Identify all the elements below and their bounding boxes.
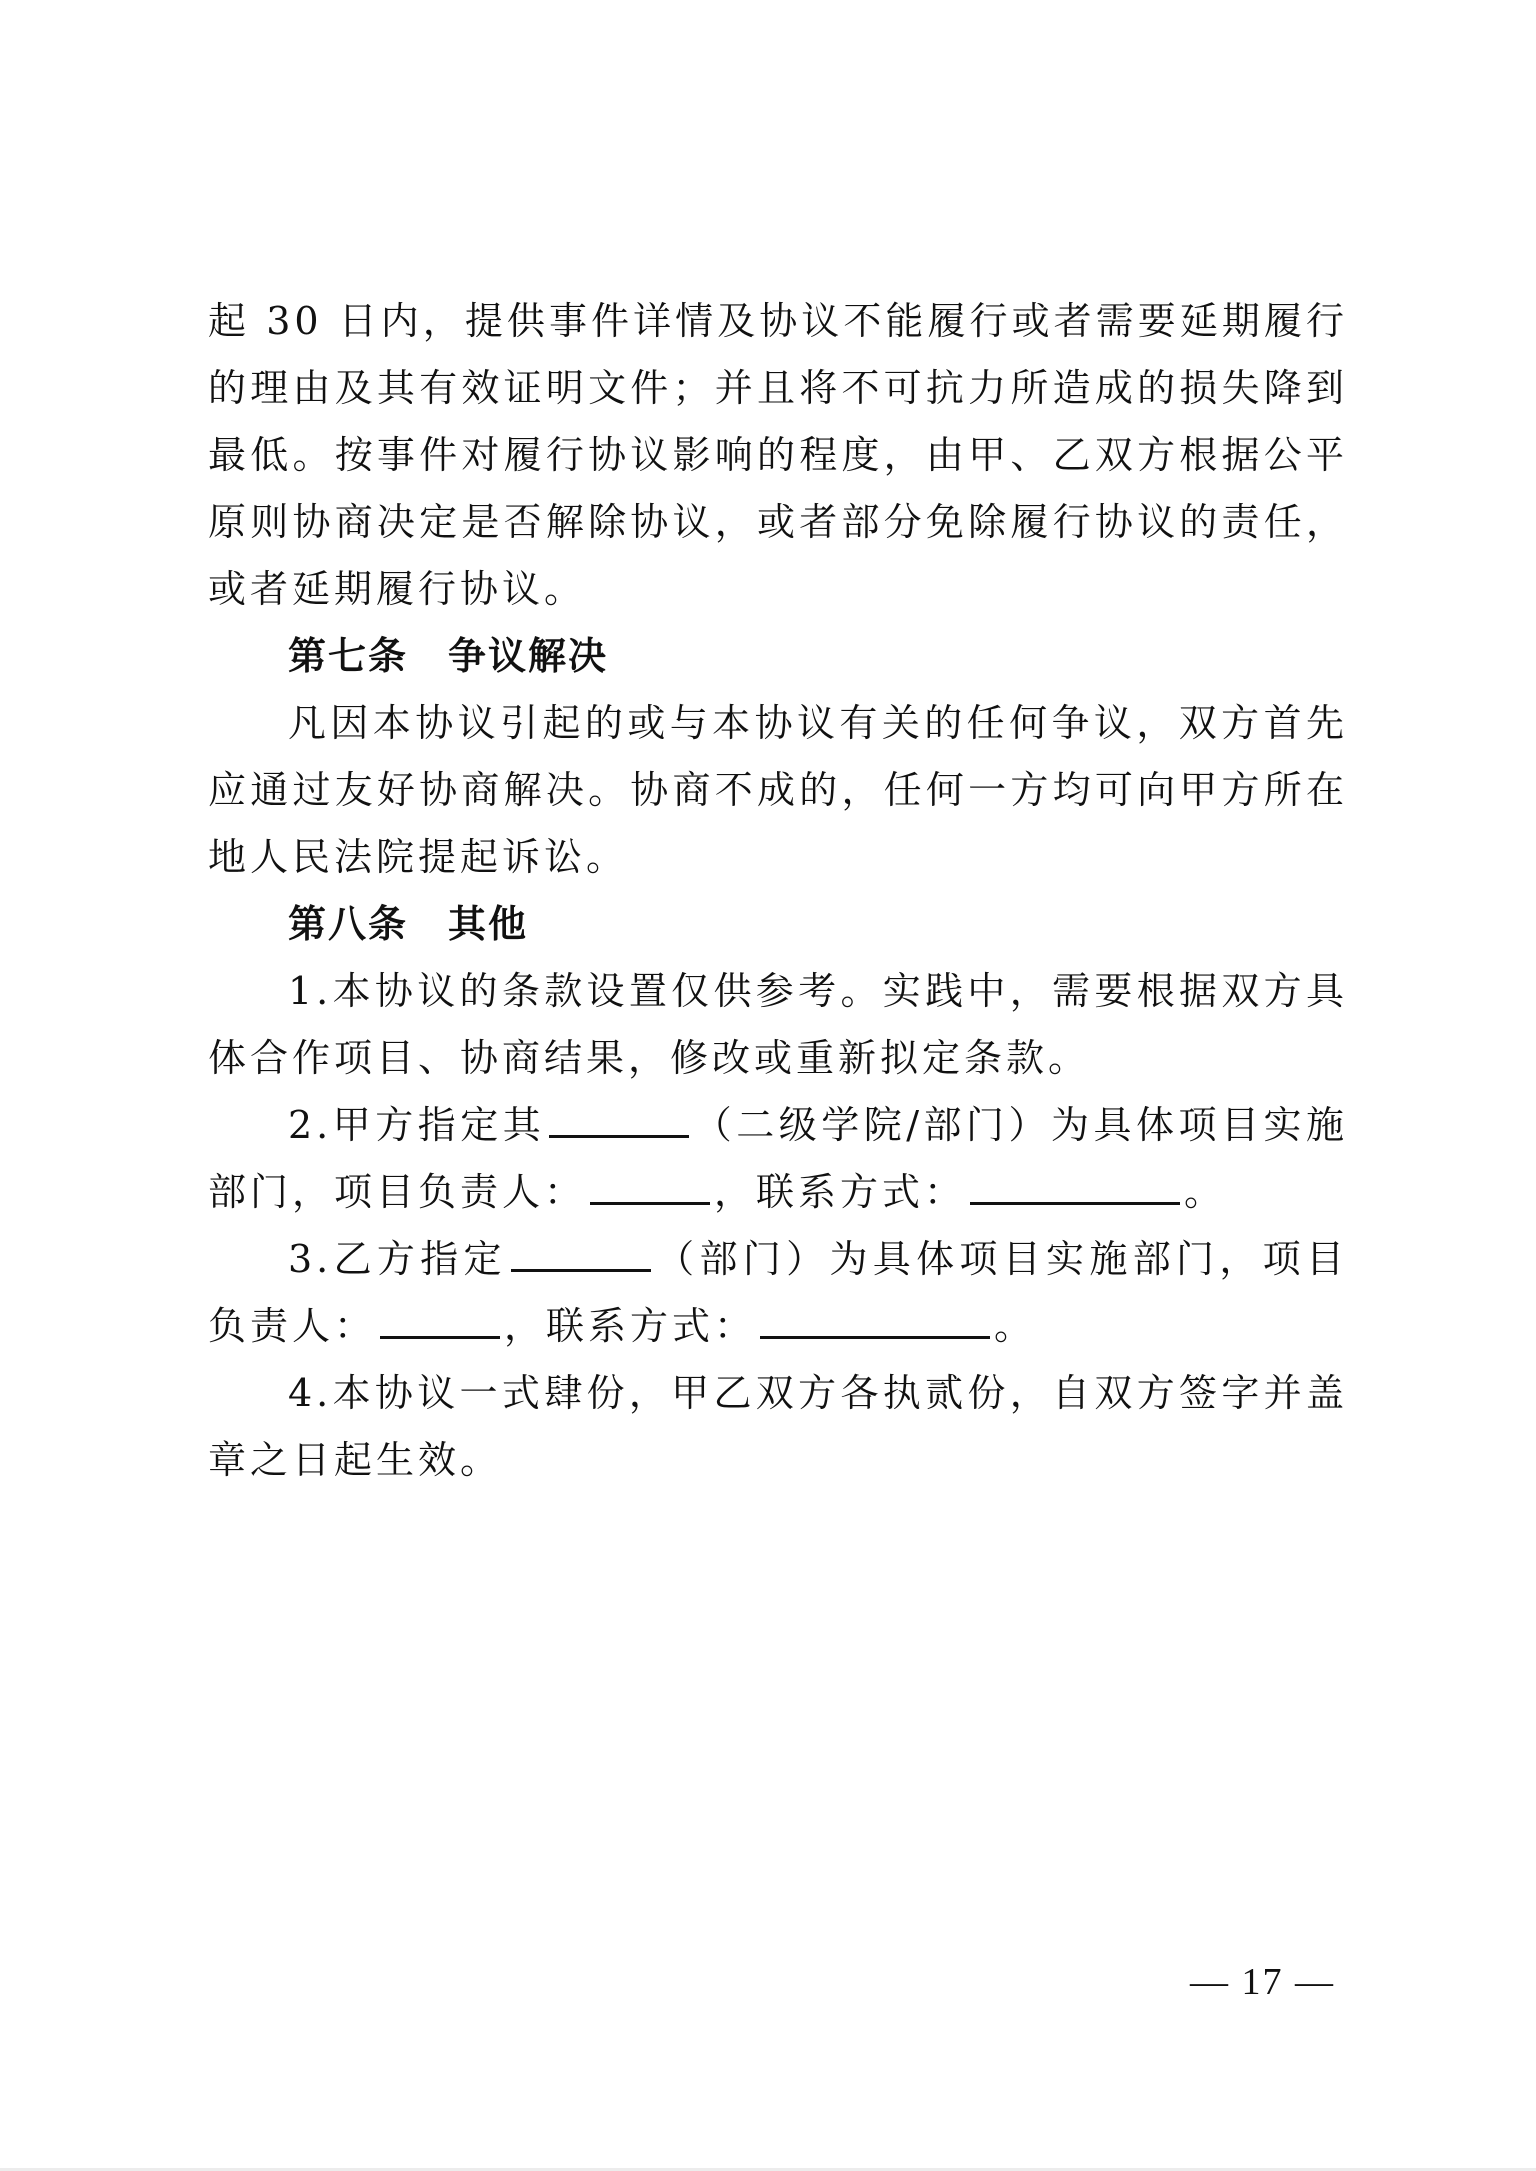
item-2-text-c: ，联系方式：	[714, 1170, 966, 1214]
item-2-text-a: 2.甲方指定其	[288, 1103, 545, 1147]
article-8-number: 第八条	[288, 902, 408, 946]
document-page: 起 30 日内，提供事件详情及协议不能履行或者需要延期履行的理由及其有效证明文件…	[208, 288, 1348, 1494]
party-b-manager-blank[interactable]	[380, 1302, 500, 1339]
item-3-text-d: 。	[994, 1304, 1036, 1348]
continuation-paragraph: 起 30 日内，提供事件详情及协议不能履行或者需要延期履行的理由及其有效证明文件…	[208, 288, 1348, 623]
party-a-department-blank[interactable]	[549, 1101, 689, 1138]
page-number: — 17 —	[1190, 1960, 1335, 2004]
party-b-contact-blank[interactable]	[760, 1302, 990, 1339]
article-7-body: 凡因本协议引起的或与本协议有关的任何争议，双方首先应通过友好协商解决。协商不成的…	[208, 690, 1348, 891]
article-8-heading: 第八条其他	[208, 891, 1348, 958]
article-7-title: 争议解决	[448, 634, 608, 678]
party-a-contact-blank[interactable]	[970, 1168, 1180, 1205]
article-8-item-4: 4.本协议一式肆份，甲乙双方各执贰份，自双方签字并盖章之日起生效。	[208, 1360, 1348, 1494]
party-b-department-blank[interactable]	[511, 1235, 651, 1272]
party-a-manager-blank[interactable]	[590, 1168, 710, 1205]
article-8-title: 其他	[448, 902, 528, 946]
article-7-number: 第七条	[288, 634, 408, 678]
item-2-text-d: 。	[1184, 1170, 1226, 1214]
article-8-item-2: 2.甲方指定其（二级学院/部门）为具体项目实施部门，项目负责人：，联系方式：。	[208, 1092, 1348, 1226]
item-3-text-c: ，联系方式：	[504, 1304, 756, 1348]
item-3-text-a: 3.乙方指定	[288, 1237, 507, 1281]
article-8-item-3: 3.乙方指定（部门）为具体项目实施部门，项目负责人：，联系方式：。	[208, 1226, 1348, 1360]
article-8-item-1: 1.本协议的条款设置仅供参考。实践中，需要根据双方具体合作项目、协商结果，修改或…	[208, 958, 1348, 1092]
article-7-heading: 第七条争议解决	[208, 623, 1348, 690]
